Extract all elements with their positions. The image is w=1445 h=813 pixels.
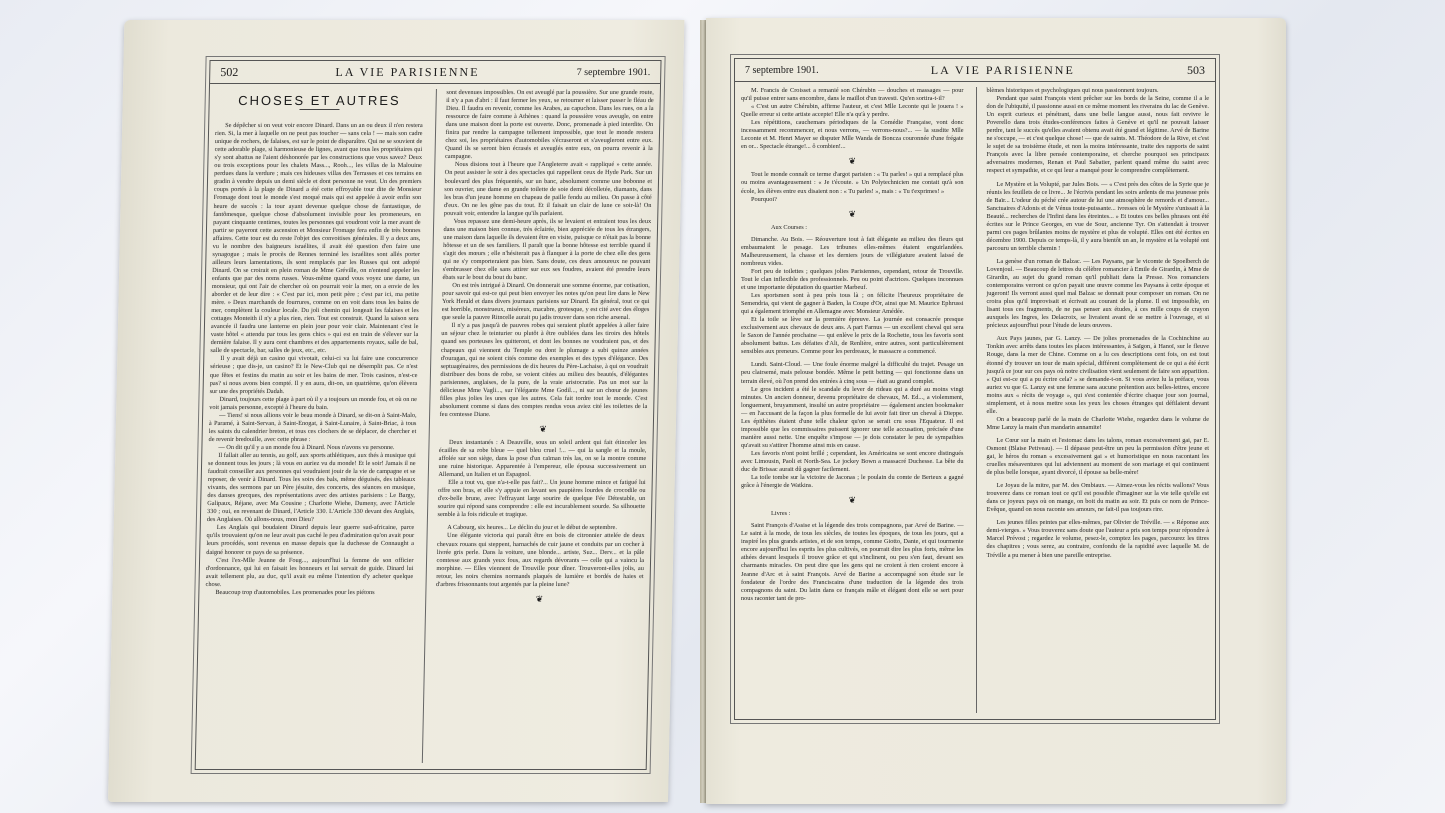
left-magazine-title: LA VIE PARISIENNE — [335, 65, 479, 80]
fleuron-ornament-icon: ❦ — [439, 425, 647, 433]
paragraph: Vous repassez une demi-heure après, ils … — [442, 218, 651, 282]
paragraph: On est très intrigué à Dinard. On donner… — [442, 282, 650, 322]
paragraph: Saint François d'Assise et la légende de… — [741, 522, 964, 602]
paragraph: Dimanche. Au Bois. — Réouverture tout à … — [741, 236, 964, 268]
paragraph: Les Anglais qui boudaient Dinard depuis … — [206, 524, 414, 556]
paragraph: Il y avait déjà un casino qui vivotait, … — [210, 355, 418, 395]
paragraph: Les favoris n'ont point brillé ; cependa… — [741, 450, 964, 474]
paragraph: Et la toile se lève sur la première épre… — [741, 316, 964, 356]
left-issue-date: 7 septembre 1901. — [577, 67, 651, 78]
heading-rule — [299, 109, 339, 110]
fleuron-ornament-icon: ❦ — [741, 157, 964, 165]
paragraph: A Cabourg, six heures... Le déclin du jo… — [437, 524, 645, 532]
fleuron-ornament-icon: ❦ — [741, 496, 964, 504]
paragraph: La toile tombe sur la victoire de Jacona… — [741, 474, 964, 490]
paragraph: Se dépêcher si on veut voir encore Dinar… — [210, 122, 422, 355]
paragraph: Pourquoi? — [741, 196, 964, 204]
paragraph: Pendant que saint François vient prêcher… — [987, 95, 1210, 175]
paragraph: Elle a tout vu, que n'a-t-elle pas fait?… — [437, 479, 645, 519]
right-magazine-title: LA VIE PARISIENNE — [931, 63, 1075, 78]
fleuron-ornament-icon: ❦ — [741, 210, 964, 218]
right-page-number: 503 — [1187, 63, 1205, 78]
paragraph: C'est l'ex-Mlle Jeanne de Foug..., aujou… — [205, 557, 413, 589]
subsection-heading: Aux Courses : — [741, 224, 964, 232]
fleuron-ornament-icon: ❦ — [436, 595, 644, 603]
paragraph: Le gros incident a été le scandale du le… — [741, 386, 964, 450]
book-review: Le Cœur sur la main et l'estomac dans le… — [987, 437, 1210, 477]
paragraph: Beaucoup trop d'automobiles. Les promena… — [205, 589, 413, 597]
book-review: Le Joyau de la mitre, par M. des Ombiaux… — [987, 482, 1210, 514]
paragraph: Dinard, toujours cette plage à part où i… — [209, 396, 417, 412]
left-column-1: CHOSES ET AUTRES Se dépêcher si on veut … — [202, 89, 424, 763]
right-page: 7 septembre 1901. LA VIE PARISIENNE 503 … — [706, 18, 1286, 804]
paragraph: — Tiens! si nous allions voir le beau mo… — [209, 412, 417, 444]
book-review: Les jeunes filles peintes par elles-même… — [987, 519, 1210, 559]
paragraph: Tout le monde connaît ce terme d'argot p… — [741, 171, 964, 195]
paragraph: M. Francis de Croisset a remanié son Ché… — [741, 87, 964, 103]
book-review: La genèse d'un roman de Balzac. — Les Pa… — [987, 258, 1210, 330]
right-running-head: 7 septembre 1901. LA VIE PARISIENNE 503 — [735, 59, 1215, 82]
paragraph: « C'est un autre Chérubin, affirme l'aut… — [741, 103, 964, 119]
paragraph: Lundi. Saint-Cloud. — Une foule énorme m… — [741, 361, 964, 385]
subsection-heading: Livres : — [741, 510, 964, 518]
paragraph: blèmes historiques et psychologiques qui… — [987, 87, 1210, 95]
left-column-2: sont devenues impossibles. On est aveugl… — [421, 89, 654, 763]
paragraph: Il n'y a pas jusqu'à de pauvres robes qu… — [440, 322, 650, 419]
paragraph: — On dit qu'il y a un monde fou à Dinard… — [208, 444, 416, 452]
right-issue-date: 7 septembre 1901. — [745, 65, 819, 76]
paragraph: Nous disions tout à l'heure que l'Anglet… — [444, 161, 653, 217]
paragraph: On a beaucoup parlé de la main de Charlo… — [987, 416, 1210, 432]
paragraph: Une élégante victoria qui paraît être en… — [436, 532, 645, 588]
paragraph: Les sportsmen sont à peu près tous là ; … — [741, 292, 964, 316]
left-page-frame: 502 LA VIE PARISIENNE 7 septembre 1901. … — [195, 60, 662, 770]
paragraph: Il fallait aller au tennis, au golf, aux… — [207, 452, 416, 524]
paragraph: Deux instantanés : A Deauville, sous un … — [438, 439, 646, 479]
paragraph: Fort peu de toilettes ; quelques jolies … — [741, 268, 964, 292]
left-page-number: 502 — [220, 65, 238, 80]
right-column-1: M. Francis de Croisset a remanié son Ché… — [741, 87, 964, 713]
book-review: Le Mystère et la Volupté, par Jules Bois… — [987, 181, 1210, 253]
paragraph: Les répétitions, cauchemars périodiques … — [741, 119, 964, 151]
book-review: Aux Pays jaunes, par G. Lanzy. — De joli… — [987, 335, 1210, 415]
section-heading: CHOSES ET AUTRES — [216, 97, 424, 105]
right-column-2: blèmes historiques et psychologiques qui… — [976, 87, 1210, 713]
right-page-frame: 7 septembre 1901. LA VIE PARISIENNE 503 … — [734, 58, 1216, 720]
left-page: 502 LA VIE PARISIENNE 7 septembre 1901. … — [108, 20, 684, 802]
paragraph: sont devenues impossibles. On est aveugl… — [445, 89, 654, 161]
left-running-head: 502 LA VIE PARISIENNE 7 septembre 1901. — [210, 61, 660, 84]
